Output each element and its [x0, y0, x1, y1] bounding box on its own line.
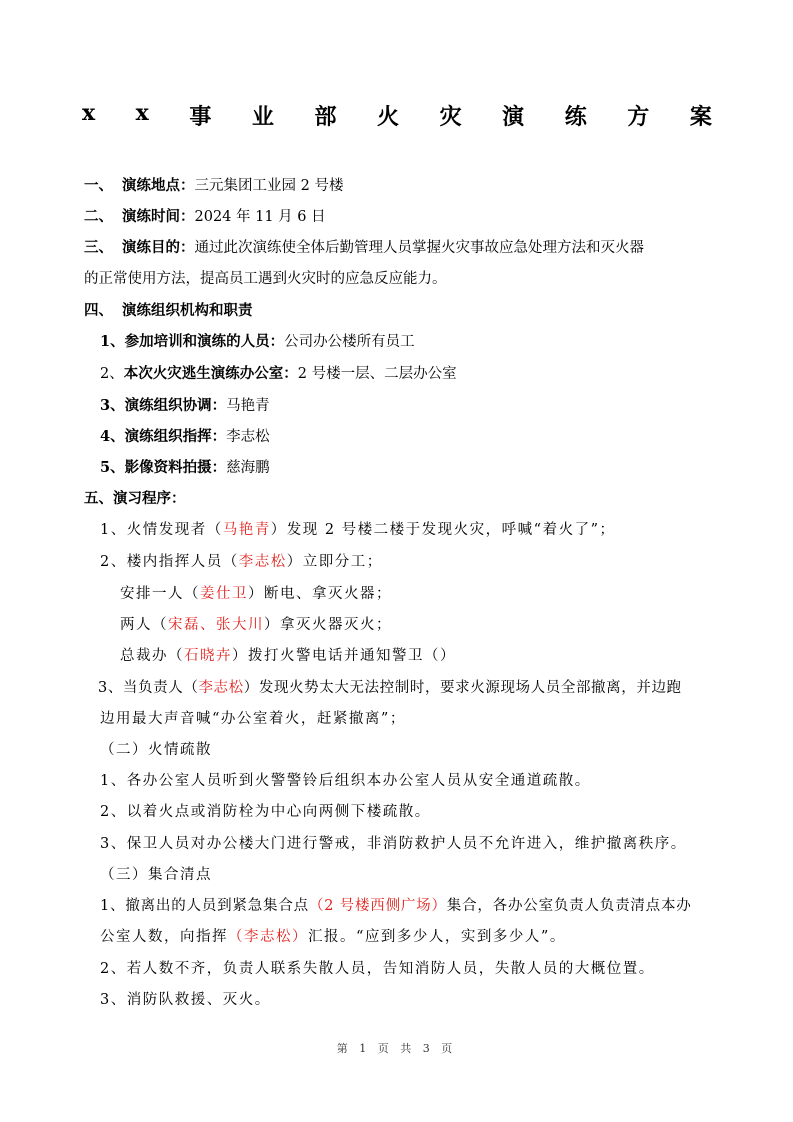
assembly-item: 3、消防队救援、灭火。	[100, 990, 271, 1010]
procedure-substep: 总裁办（石晓卉）拨打火警电话并通知警卫（）	[120, 646, 456, 666]
section-time: 二、演练时间：2024 年 11 月 6 日	[84, 207, 326, 227]
title-char: 事	[189, 100, 211, 131]
evacuation-item: 1、各办公室人员听到火警警铃后组织本办公室人员从安全通道疏散。	[100, 771, 591, 791]
org-item: 3、演练组织协调：马艳青	[100, 396, 270, 416]
evacuation-item: 3、保卫人员对办公楼大门进行警戒，非消防救护人员不允许进入，维护撤离秩序。	[100, 834, 687, 854]
title-char: 部	[314, 100, 336, 131]
title-char: 练	[565, 100, 587, 131]
title-char: x	[136, 100, 149, 131]
procedure-step: 1、火情发现者（马艳青）发现 2 号楼二楼于发现火灾，呼喊“着火了”；	[100, 520, 616, 540]
procedure-step: 3、当负责人（李志松）发现火势太大无法控制时，要求火源现场人员全部撤离，并边跑	[98, 678, 682, 698]
document-title: x x 事 业 部 火 灾 演 练 方 案	[82, 100, 712, 131]
procedure-step-cont: 边用最大声音喊“办公室着火，赶紧撤离”；	[100, 709, 406, 729]
org-item: 2、本次火灾逃生演练办公室：2 号楼一层、二层办公室	[100, 364, 457, 384]
section-location: 一、演练地点：三元集团工业园 2 号楼	[84, 176, 343, 196]
title-char: 业	[252, 100, 274, 131]
procedure-substep: 两人（宋磊、张大川）拿灭火器灭火；	[120, 615, 392, 635]
org-item: 5、影像资料拍摄：慈海鹏	[100, 458, 270, 478]
title-char: 案	[690, 100, 712, 131]
evacuation-item: 2、以着火点或消防栓为中心向两侧下楼疏散。	[100, 802, 431, 822]
assembly-item: 1、撤离出的人员到紧急集合点（2 号楼西侧广场）集合，各办公室负责人负责清点本办	[100, 896, 692, 916]
assembly-item-cont: 公室人数，向指挥（李志松）汇报。“应到多少人，实到多少人”。	[100, 927, 566, 947]
assembly-item: 2、若人数不齐，负责人联系失散人员，告知消防人员，失散人员的大概位置。	[100, 959, 655, 979]
section-purpose-cont: 的正常使用方法，提高员工遇到火灾时的应急反应能力。	[84, 269, 447, 289]
procedure-substep: 安排一人（姜仕卫）断电、拿灭火器；	[120, 584, 392, 604]
procedure-step: 2、楼内指挥人员（李志松）立即分工；	[100, 552, 383, 572]
subsection-assembly: （三）集合清点	[100, 865, 212, 885]
title-char: 灾	[440, 100, 462, 131]
org-item: 1、参加培训和演练的人员：公司办公楼所有员工	[100, 332, 415, 352]
section-organization: 四、演练组织机构和职责	[84, 301, 253, 321]
title-char: x	[82, 100, 95, 131]
page-number: 第 1 页 共 3 页	[0, 1040, 793, 1056]
title-char: 火	[377, 100, 399, 131]
subsection-evacuation: （二）火情疏散	[100, 740, 212, 760]
title-char: 演	[502, 100, 524, 131]
title-char: 方	[627, 100, 649, 131]
org-item: 4、演练组织指挥：李志松	[100, 427, 270, 447]
section-purpose: 三、演练目的：通过此次演练使全体后勤管理人员掌握火灾事故应急处理方法和灭火器	[84, 238, 644, 258]
section-procedure: 五、演习程序：	[84, 489, 186, 509]
